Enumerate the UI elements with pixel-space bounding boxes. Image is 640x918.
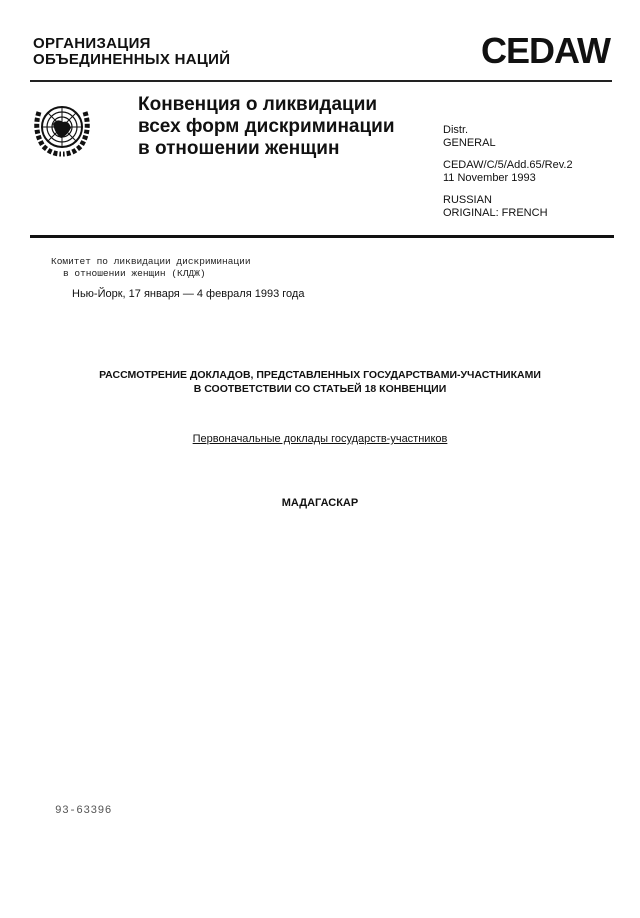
document-language: RUSSIAN: [443, 194, 573, 207]
metadata-divider: [30, 235, 614, 238]
section-heading-line-1: РАССМОТРЕНИЕ ДОКЛАДОВ, ПРЕДСТАВЛЕННЫХ ГО…: [40, 368, 600, 382]
convention-title-line-1: Конвенция о ликвидации: [138, 94, 395, 116]
section-heading: РАССМОТРЕНИЕ ДОКЛАДОВ, ПРЕДСТАВЛЕННЫХ ГО…: [40, 368, 600, 396]
document-metadata: Distr. GENERAL CEDAW/C/5/Add.65/Rev.2 11…: [443, 124, 573, 220]
organization-name: ОРГАНИЗАЦИЯ ОБЪЕДИНЕННЫХ НАЦИЙ: [33, 36, 230, 68]
country-name: МАДАГАСКАР: [40, 497, 600, 509]
distr-value: GENERAL: [443, 137, 573, 150]
committee-line-2: в отношении женщин (КЛДЖ): [51, 268, 251, 280]
cedaw-logo: CEDAW: [481, 31, 610, 71]
distr-label: Distr.: [443, 124, 573, 137]
report-subtitle: Первоначальные доклады государств-участн…: [40, 433, 600, 445]
convention-title-line-2: всех форм дискриминации: [138, 116, 395, 138]
document-symbol: CEDAW/C/5/Add.65/Rev.2: [443, 159, 573, 172]
document-original-language: ORIGINAL: FRENCH: [443, 207, 573, 220]
committee-name: Комитет по ликвидации дискриминации в от…: [51, 256, 251, 280]
convention-title: Конвенция о ликвидации всех форм дискрим…: [138, 94, 395, 160]
org-line-1: ОРГАНИЗАЦИЯ: [33, 36, 230, 52]
convention-title-line-3: в отношении женщин: [138, 138, 395, 160]
committee-line-1: Комитет по ликвидации дискриминации: [51, 256, 251, 268]
section-heading-line-2: В СООТВЕТСТВИИ СО СТАТЬЕЙ 18 КОНВЕНЦИИ: [40, 382, 600, 396]
un-emblem-icon: [31, 100, 93, 158]
document-number: 93-63396: [55, 805, 112, 817]
document-date: 11 November 1993: [443, 172, 573, 185]
session-place-date: Нью-Йорк, 17 января — 4 февраля 1993 год…: [72, 288, 304, 300]
header-divider: [30, 80, 612, 82]
org-line-2: ОБЪЕДИНЕННЫХ НАЦИЙ: [33, 52, 230, 68]
